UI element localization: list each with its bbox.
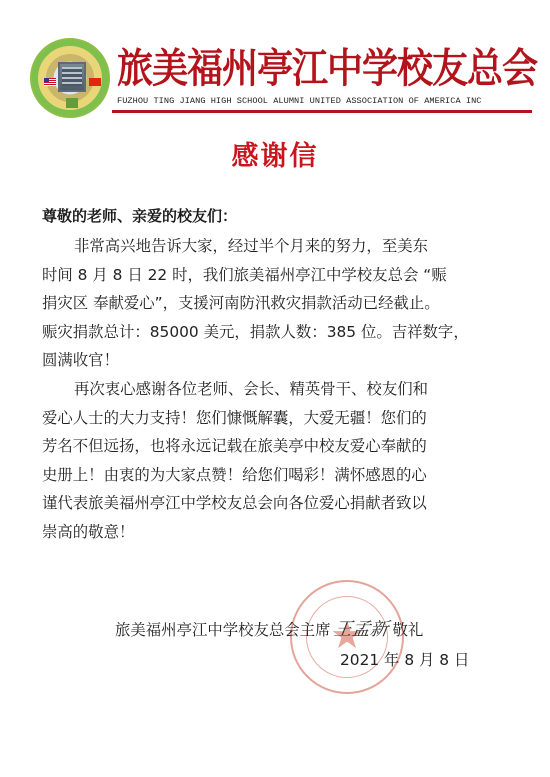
us-flag-icon <box>44 78 56 86</box>
body-line: 崇高的敬意！ <box>42 518 512 547</box>
body-line: 圆满收官！ <box>42 346 512 375</box>
body-line: 非常高兴地告诉大家，经过半个月来的努力，至美东 <box>42 232 512 261</box>
body-line: 史册上！由衷的为大家点赞！给您们喝彩！满怀感恩的心 <box>42 461 512 490</box>
body-line: 再次衷心感谢各位老师、会长、精英骨干、校友们和 <box>42 375 512 404</box>
letter-body: 非常高兴地告诉大家，经过半个月来的努力，至美东 时间 8 月 8 日 22 时，… <box>42 232 512 547</box>
school-building-icon <box>58 62 86 92</box>
body-line: 芳名不但远扬，也将永远记载在旅美亭中校友爱心奉献的 <box>42 432 512 461</box>
letterhead: 旅美福州亭江中学校友总会 FUZHOU TING JIANG HIGH SCHO… <box>0 0 550 125</box>
school-gate-icon <box>66 98 78 108</box>
organization-name-chinese: 旅美福州亭江中学校友总会 <box>117 44 537 93</box>
body-line: 爱心人士的大力支持！您们慷慨解囊，大爱无疆！您们的 <box>42 404 512 433</box>
letter-date: 2021 年 8 月 8 日 <box>340 648 469 672</box>
signatory-role: 旅美福州亭江中学校友总会主席 <box>115 621 330 639</box>
signature-line: 旅美福州亭江中学校友总会主席王孟新敬礼 <box>115 618 423 642</box>
handwritten-signature: 王孟新 <box>333 618 390 642</box>
body-line: 时间 8 月 8 日 22 时，我们旅美福州亭江中学校友总会 “赈 <box>42 261 512 290</box>
body-line: 赈灾捐款总计：85000 美元，捐款人数：385 位。吉祥数字， <box>42 318 512 347</box>
closing-salutation: 敬礼 <box>392 621 423 639</box>
letter-greeting: 尊敬的老师、亲爱的校友们： <box>42 205 237 227</box>
letter-title: 感谢信 <box>0 140 550 174</box>
alumni-association-emblem-icon <box>30 38 110 118</box>
body-line: 捐灾区 奉献爱心”，支援河南防汛救灾捐款活动已经截止。 <box>42 289 512 318</box>
organization-name-english: FUZHOU TING JIANG HIGH SCHOOL ALUMNI UNI… <box>117 96 482 106</box>
header-divider <box>112 110 532 113</box>
china-flag-icon <box>89 78 101 86</box>
body-line: 谨代表旅美福州亭江中学校友总会向各位爱心捐献者致以 <box>42 489 512 518</box>
